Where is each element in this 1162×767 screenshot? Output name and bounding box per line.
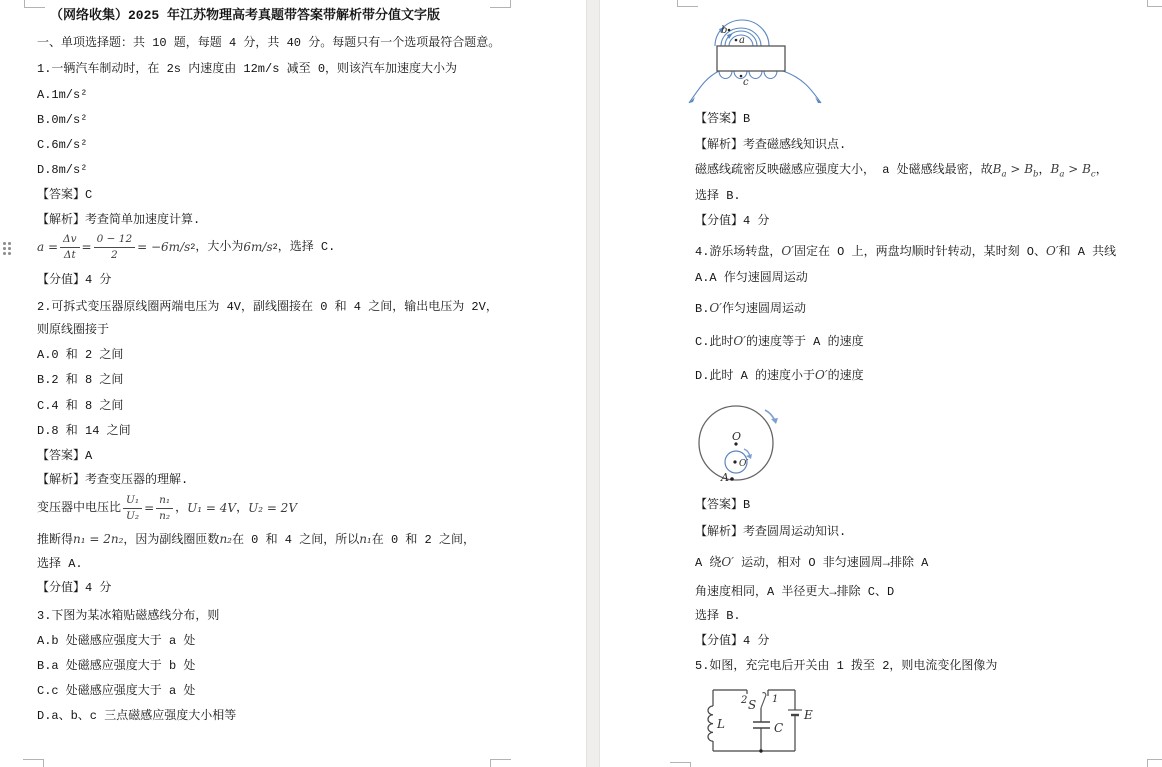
q1-option-a: A.1m/s² xyxy=(37,87,87,103)
margin-crop-mark xyxy=(24,0,45,8)
circuit-contact-1-label: 1 xyxy=(772,694,778,705)
q1-stem: 1.一辆汽车制动时，在 2s 内速度由 12m/s 减至 0，则该汽车加速度大小… xyxy=(37,61,457,77)
drag-handle-icon[interactable] xyxy=(3,242,11,255)
q3-option-a: A.b 处磁感应强度大于 a 处 xyxy=(37,633,195,649)
exam-title: （网络收集）2025 年江苏物理高考真题带答案带解析带分值文字版 xyxy=(10,8,480,24)
margin-crop-mark xyxy=(1147,0,1162,7)
q3-density-line: 磁感线疏密反映磁感应强度大小， a 处磁感线最密，故Ba > Bb，Ba > B… xyxy=(695,161,1108,178)
q1-option-b: B.0m/s² xyxy=(37,112,87,128)
q4-option-b: B.O′作匀速圆周运动 xyxy=(695,300,806,317)
q3-analysis: 【解析】考查磁感线知识点. xyxy=(695,137,846,153)
rotating-disk-diagram: O O′ A xyxy=(695,401,790,489)
margin-crop-mark xyxy=(490,759,511,767)
margin-crop-mark xyxy=(670,762,691,767)
q1-option-d: D.8m/s² xyxy=(37,162,87,178)
section-header: 一、单项选择题：共 10 题，每题 4 分，共 40 分。每题只有一个选项最符合… xyxy=(37,35,500,51)
page-right: b a c 【答案】B 【解析】考查磁感线知识点. 磁感线疏密反映磁感应强度大小… xyxy=(600,0,1162,767)
disk-label-center-o: O xyxy=(732,430,741,443)
circuit-switch-label: S xyxy=(748,698,756,712)
q2-stem-line2: 则原线圈接于 xyxy=(37,322,109,338)
circuit-contact-2-label: 2 xyxy=(740,695,747,706)
margin-crop-mark xyxy=(23,759,44,767)
q4-option-c: C.此时O′的速度等于 A 的速度 xyxy=(695,333,864,350)
q1-option-c: C.6m/s² xyxy=(37,137,87,153)
q3-stem: 3.下图为某冰箱贴磁感线分布，则 xyxy=(37,608,219,624)
q1-score: 【分值】4 分 xyxy=(37,272,111,288)
circuit-capacitor-label: C xyxy=(774,721,783,735)
page-left: （网络收集）2025 年江苏物理高考真题带答案带解析带分值文字版 一、单项选择题… xyxy=(0,0,586,767)
q4-reason-2: 角速度相同，A 半径更大→排除 C、D xyxy=(695,584,894,600)
q2-analysis: 【解析】考查变压器的理解. xyxy=(37,472,188,488)
lc-circuit-diagram: 2 1 S L C E xyxy=(700,681,820,759)
q4-stem: 4.游乐场转盘，O′固定在 O 上，两盘均顺时针转动，某时刻 O、O′和 A 共… xyxy=(695,243,1116,260)
fridge-label-a: a xyxy=(739,35,745,46)
disk-label-point-a: A xyxy=(720,471,729,484)
q3-option-b: B.a 处磁感应强度大于 b 处 xyxy=(37,658,195,674)
q3-score: 【分值】4 分 xyxy=(695,213,769,229)
q1-answer: 【答案】C xyxy=(37,187,92,203)
q1-formula: a = ΔvΔt = 0 − 122 = −6m/s2，大小为6m/s2，选择 … xyxy=(37,232,335,262)
q4-analysis: 【解析】考查圆周运动知识. xyxy=(695,524,846,540)
page-gutter xyxy=(586,0,600,767)
q5-stem: 5.如图，充完电后开关由 1 拨至 2，则电流变化图像为 xyxy=(695,658,997,674)
q2-answer: 【答案】A xyxy=(37,448,92,464)
q3-option-c: C.c 处磁感应强度大于 a 处 xyxy=(37,683,195,699)
q3-option-d: D.a、b、c 三点磁感应强度大小相等 xyxy=(37,708,236,724)
q2-option-d: D.8 和 14 之间 xyxy=(37,423,131,439)
q2-option-a: A.0 和 2 之间 xyxy=(37,347,123,363)
disk-label-inner-o-prime: O′ xyxy=(739,459,748,469)
fridge-magnet-field-diagram: b a c xyxy=(685,13,825,105)
q4-score: 【分值】4 分 xyxy=(695,633,769,649)
q4-answer: 【答案】B xyxy=(695,497,750,513)
q4-option-a: A.A 作匀速圆周运动 xyxy=(695,270,808,286)
q2-stem-line1: 2.可拆式变压器原线圈两端电压为 4V，副线圈接在 0 和 4 之间，输出电压为… xyxy=(37,299,498,315)
q4-reason-1: A 绕O′ 运动，相对 O 非匀速圆周→排除 A xyxy=(695,554,928,571)
q4-choose: 选择 B. xyxy=(695,608,741,624)
q2-inference: 推断得n₁ = 2n₂，因为副线圈匝数n₂在 0 和 4 之间，所以n₁在 0 … xyxy=(37,531,475,548)
fridge-label-b: b xyxy=(721,25,727,36)
q2-option-c: C.4 和 8 之间 xyxy=(37,398,123,414)
q3-choose: 选择 B. xyxy=(695,188,741,204)
circuit-battery-label: E xyxy=(803,708,813,722)
q2-choose: 选择 A. xyxy=(37,556,83,572)
fridge-label-c: c xyxy=(743,77,749,88)
margin-crop-mark xyxy=(490,0,511,8)
margin-crop-mark xyxy=(1147,759,1162,767)
document-view: （网络收集）2025 年江苏物理高考真题带答案带解析带分值文字版 一、单项选择题… xyxy=(0,0,1162,767)
margin-crop-mark xyxy=(677,0,698,7)
q4-option-d: D.此时 A 的速度小于O′的速度 xyxy=(695,367,864,384)
q3-answer: 【答案】B xyxy=(695,111,750,127)
q2-formula: 变压器中电压比U₁U₂ = n₁n₂，U₁ = 4V，U₂ = 2V xyxy=(37,492,297,524)
circuit-inductor-label: L xyxy=(716,717,725,731)
q2-score: 【分值】4 分 xyxy=(37,580,111,596)
q1-analysis: 【解析】考查简单加速度计算. xyxy=(37,212,200,228)
q2-option-b: B.2 和 8 之间 xyxy=(37,372,123,388)
